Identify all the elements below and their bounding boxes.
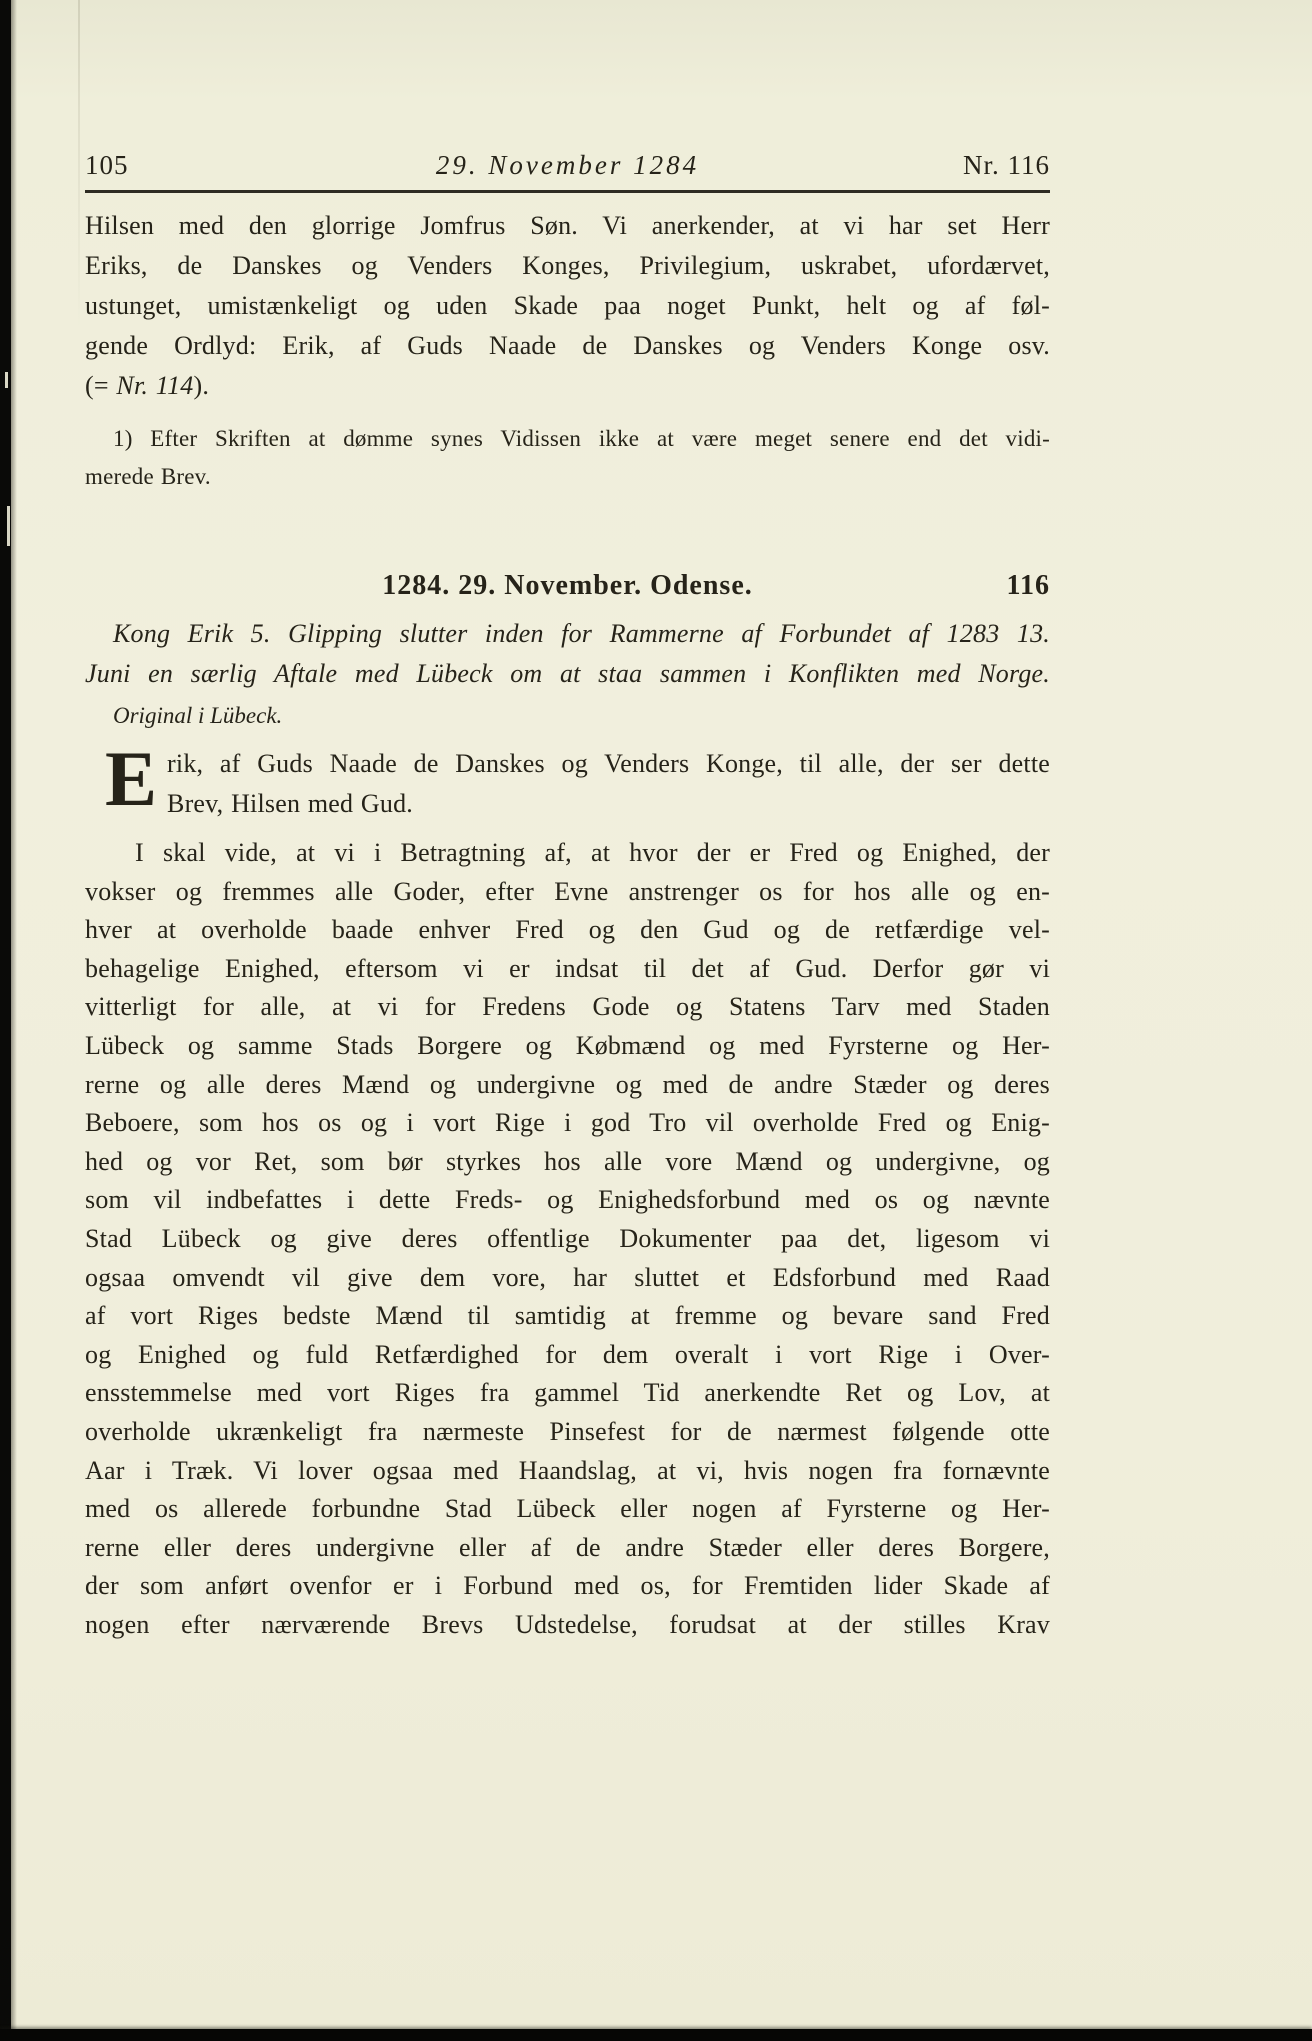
text-line: I skal vide, at vi i Betragtning af, at …: [85, 834, 1050, 873]
text-line: og Enighed og fuld Retfærdighed for dem …: [85, 1336, 1050, 1375]
text-segment: der som anført ovenfor er i Forbund med …: [85, 1571, 1050, 1600]
text-segment: vitterligt for alle, at vi for Fredens G…: [85, 992, 1050, 1021]
text-line: hed og vor Ret, som bør styrkes hos alle…: [85, 1143, 1050, 1182]
text-segment: vokser og fremmes alle Goder, efter Evne…: [85, 877, 1050, 906]
scanned-book-page: 105 29. November 1284 Nr. 116 Hilsen med…: [0, 0, 1312, 2041]
text-segment: rerne og alle deres Mænd og undergivne o…: [85, 1070, 1050, 1099]
text-line: nogen efter nærværende Brevs Udstedelse,…: [85, 1606, 1050, 1645]
text-segment: rerne eller deres undergivne eller af de…: [85, 1533, 1050, 1562]
text-line: Aar i Træk. Vi lover ogsaa med Haandslag…: [85, 1452, 1050, 1491]
text-line: der som anført ovenfor er i Forbund med …: [85, 1567, 1050, 1606]
text-segment: og Enighed og fuld Retfærdighed for dem …: [85, 1340, 1050, 1369]
text-segment: ustunget, umistænkeligt og uden Skade pa…: [85, 291, 1050, 320]
text-segment: Aar i Træk. Vi lover ogsaa med Haandslag…: [85, 1456, 1050, 1485]
text-line: Eriks, de Danskes og Venders Konges, Pri…: [85, 246, 1050, 286]
text-line: Juni en særlig Aftale med Lübeck om at s…: [85, 654, 1050, 694]
text-line: overholde ukrænkeligt fra nærmeste Pinse…: [85, 1413, 1050, 1452]
text-line: Hilsen med den glorrige Jomfrus Søn. Vi …: [85, 206, 1050, 246]
text-line: ensstemmelse med vort Riges fra gammel T…: [85, 1374, 1050, 1413]
text-line: som vil indbefattes i dette Freds- og En…: [85, 1181, 1050, 1220]
binding-crease: [78, 0, 80, 330]
salutation-lines: rik, af Guds Naade de Danskes og Venders…: [105, 744, 1050, 824]
entry-summary: Kong Erik 5. Glipping slutter inden for …: [85, 614, 1050, 694]
page-edge-shadow: [11, 0, 17, 2041]
text-segment: hver at overholde baade enhver Fred og d…: [85, 915, 1050, 944]
salutation-paragraph: E rik, af Guds Naade de Danskes og Vende…: [105, 744, 1050, 824]
text-line: rerne eller deres undergivne eller af de…: [85, 1529, 1050, 1568]
entry-number: 116: [1007, 570, 1050, 602]
italic-text-segment: Nr. 114: [116, 371, 193, 400]
text-segment: Juni en særlig Aftale med Lübeck om at s…: [85, 659, 1050, 688]
text-segment: Eriks, de Danskes og Venders Konges, Pri…: [85, 251, 1050, 280]
text-line: Lübeck og samme Stads Borgere og Købmænd…: [85, 1027, 1050, 1066]
text-line: Stad Lübeck og give deres offentlige Dok…: [85, 1220, 1050, 1259]
text-line: rerne og alle deres Mænd og undergivne o…: [85, 1066, 1050, 1105]
text-segment: Hilsen med den glorrige Jomfrus Søn. Vi …: [85, 211, 1050, 240]
page-number: 105: [85, 150, 129, 181]
entry-heading-text: 1284. 29. November. Odense.: [382, 570, 753, 601]
vidimus-paragraph: Hilsen med den glorrige Jomfrus Søn. Vi …: [85, 206, 1050, 406]
text-segment: merede Brev.: [85, 464, 211, 489]
text-segment: hed og vor Ret, som bør styrkes hos alle…: [85, 1147, 1050, 1176]
entry-heading: 1284. 29. November. Odense. 116: [85, 570, 1050, 602]
text-segment: Kong Erik 5. Glipping slutter inden for …: [113, 619, 1050, 648]
scan-speck: [7, 506, 10, 546]
text-segment: ogsaa omvendt vil give dem vore, har slu…: [85, 1263, 1050, 1292]
text-line: af vort Riges bedste Mænd til samtidig a…: [85, 1297, 1050, 1336]
running-title: 29. November 1284: [85, 150, 1050, 181]
text-segment: (=: [85, 371, 116, 400]
text-segment: af vort Riges bedste Mænd til samtidig a…: [85, 1301, 1050, 1330]
text-line: merede Brev.: [85, 458, 1050, 496]
text-line: Kong Erik 5. Glipping slutter inden for …: [85, 614, 1050, 654]
body-paragraph: I skal vide, at vi i Betragtning af, at …: [85, 834, 1050, 1644]
text-line: gende Ordlyd: Erik, af Guds Naade de Dan…: [85, 326, 1050, 366]
text-line: ogsaa omvendt vil give dem vore, har slu…: [85, 1259, 1050, 1298]
scan-edge-left: [0, 0, 11, 2041]
text-segment: nogen efter nærværende Brevs Udstedelse,…: [85, 1610, 1050, 1639]
text-segment: som vil indbefattes i dette Freds- og En…: [85, 1185, 1050, 1214]
text-line: Beboere, som hos os og i vort Rige i god…: [85, 1104, 1050, 1143]
text-segment: I skal vide, at vi i Betragtning af, at …: [135, 838, 1050, 867]
document-number-label: Nr. 116: [963, 150, 1050, 181]
text-segment: overholde ukrænkeligt fra nærmeste Pinse…: [85, 1417, 1050, 1446]
text-line: Brev, Hilsen med Gud.: [105, 784, 1050, 824]
text-segment: 1) Efter Skriften at dømme synes Vidisse…: [113, 426, 1050, 451]
text-segment: Stad Lübeck og give deres offentlige Dok…: [85, 1224, 1050, 1253]
text-line: ustunget, umistænkeligt og uden Skade pa…: [85, 286, 1050, 326]
scan-edge-bottom: [0, 2029, 1312, 2041]
text-line: behagelige Enighed, eftersom vi er indsa…: [85, 950, 1050, 989]
text-segment: ensstemmelse med vort Riges fra gammel T…: [85, 1378, 1050, 1407]
footnote: 1) Efter Skriften at dømme synes Vidisse…: [85, 420, 1050, 496]
text-segment: behagelige Enighed, eftersom vi er indsa…: [85, 954, 1050, 983]
text-segment: rik, af Guds Naade de Danskes og Venders…: [167, 749, 1050, 778]
header-rule: [85, 190, 1050, 193]
provenance-note: Original i Lübeck.: [85, 701, 1050, 731]
text-line: vitterligt for alle, at vi for Fredens G…: [85, 988, 1050, 1027]
text-line: vokser og fremmes alle Goder, efter Evne…: [85, 873, 1050, 912]
text-segment: med os allerede forbundne Stad Lübeck el…: [85, 1494, 1050, 1523]
text-segment: ).: [193, 371, 209, 400]
text-line: 1) Efter Skriften at dømme synes Vidisse…: [85, 420, 1050, 458]
text-segment: Beboere, som hos os og i vort Rige i god…: [85, 1108, 1050, 1137]
text-segment: Brev, Hilsen med Gud.: [167, 789, 413, 818]
text-line: (= Nr. 114).: [85, 366, 1050, 406]
text-line: med os allerede forbundne Stad Lübeck el…: [85, 1490, 1050, 1529]
text-segment: Lübeck og samme Stads Borgere og Købmænd…: [85, 1031, 1050, 1060]
text-segment: gende Ordlyd: Erik, af Guds Naade de Dan…: [85, 331, 1050, 360]
page-header: 105 29. November 1284 Nr. 116: [85, 150, 1050, 186]
scan-speck: [5, 372, 8, 388]
page-content: 105 29. November 1284 Nr. 116 Hilsen med…: [85, 0, 1050, 1644]
text-line: hver at overholde baade enhver Fred og d…: [85, 911, 1050, 950]
drop-cap: E: [105, 748, 157, 814]
text-line: rik, af Guds Naade de Danskes og Venders…: [105, 744, 1050, 784]
